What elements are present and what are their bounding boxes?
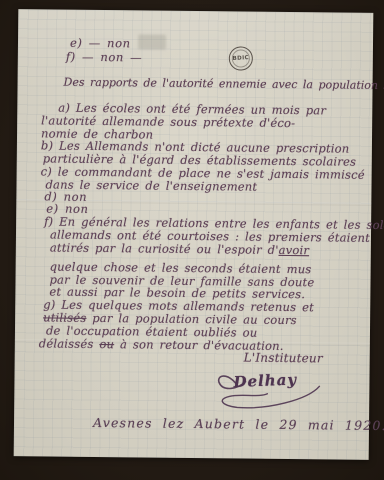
archive-round-stamp-icon: BDIC (228, 46, 253, 71)
struck-word: ou (99, 337, 114, 351)
answer-line-e2: e) non (46, 202, 88, 214)
manuscript-page: BDIC e) — non f) — non — Des rapports de… (14, 9, 374, 460)
answer-line-f: f) — non — (66, 51, 143, 64)
closing-title: L'Instituteur (244, 352, 323, 365)
underlined-word: avoir (279, 243, 310, 257)
line-segment: délaissés (39, 336, 100, 351)
answer-line-e: e) — non (70, 37, 131, 50)
manuscript-line: attirés par la curiosité ou l'espoir d'a… (50, 241, 309, 256)
line-segment: attirés par la curiosité ou l'espoir d' (50, 240, 279, 256)
signature: Delhay (207, 363, 333, 416)
section-heading: Des rapports de l'autorité ennemie avec … (64, 77, 384, 93)
place-date-line: Avesnes lez Aubert le 29 mai 1920. (93, 417, 384, 432)
faint-stamp-bleedthrough-icon (138, 34, 166, 49)
signature-name: Delhay (233, 370, 297, 391)
